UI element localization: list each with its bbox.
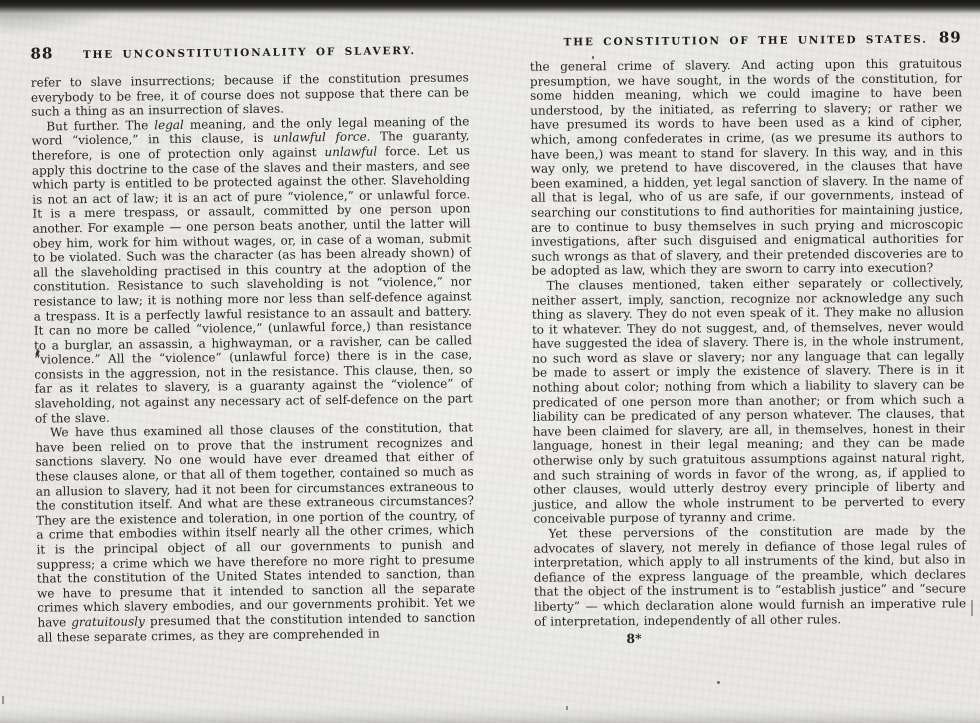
left-page-number: 88 <box>30 44 74 63</box>
right-page-number: 89 <box>928 28 962 46</box>
italic-text-run: unlawful <box>324 144 377 159</box>
paragraph: the general crime of slavery. And acting… <box>530 56 964 278</box>
ink-speck <box>717 681 720 684</box>
italic-text-run: unlawful force. <box>273 130 371 145</box>
ink-speck <box>566 706 568 710</box>
signature-mark: 8* <box>534 628 966 646</box>
scan-edge-top <box>0 0 980 20</box>
text-run: refer to slave insurrections; because if… <box>31 70 469 119</box>
ink-speck <box>2 696 4 704</box>
right-page: THE CONSTITUTION OF THE UNITED STATES. 8… <box>530 28 967 647</box>
text-run: force. Let us apply this doctrine to the… <box>32 143 473 425</box>
text-run: Yet these perversions of the constitutio… <box>534 523 967 628</box>
left-page-header: 88 THE UNCONSTITUTIONALITY OF SLAVERY. <box>30 39 468 62</box>
ink-speck <box>971 600 973 616</box>
right-running-title: THE CONSTITUTION OF THE UNITED STATES. <box>564 34 928 49</box>
text-run: The clauses mentioned, taken either sepa… <box>532 275 966 526</box>
paragraph: refer to slave insurrections; because if… <box>31 70 470 119</box>
book-scan-surface: 88 THE UNCONSTITUTIONALITY OF SLAVERY. r… <box>0 0 980 723</box>
left-page: 88 THE UNCONSTITUTIONALITY OF SLAVERY. r… <box>30 39 475 644</box>
paragraph: Yet these perversions of the constitutio… <box>533 523 966 629</box>
left-page-body: refer to slave insurrections; because if… <box>31 70 476 644</box>
scan-edge-bottom <box>0 707 980 723</box>
left-running-title: THE UNCONSTITUTIONALITY OF SLAVERY. <box>74 45 424 61</box>
right-page-body: the general crime of slavery. And acting… <box>530 56 966 629</box>
ink-speck <box>592 56 594 59</box>
paragraph: We have thus examined all those clauses … <box>35 421 476 645</box>
italic-text-run: legal <box>154 118 184 132</box>
italic-text-run: gratuitously <box>71 614 145 629</box>
text-run: the general crime of slavery. And acting… <box>530 56 964 278</box>
text-run: We have thus examined all those clauses … <box>35 421 475 630</box>
paragraph: The clauses mentioned, taken either sepa… <box>532 275 966 526</box>
text-run: But further. The <box>46 118 154 133</box>
left-header-spacer <box>424 53 468 54</box>
right-page-header: THE CONSTITUTION OF THE UNITED STATES. 8… <box>530 28 962 49</box>
paragraph: But further. The legal meaning, and the … <box>31 114 473 426</box>
